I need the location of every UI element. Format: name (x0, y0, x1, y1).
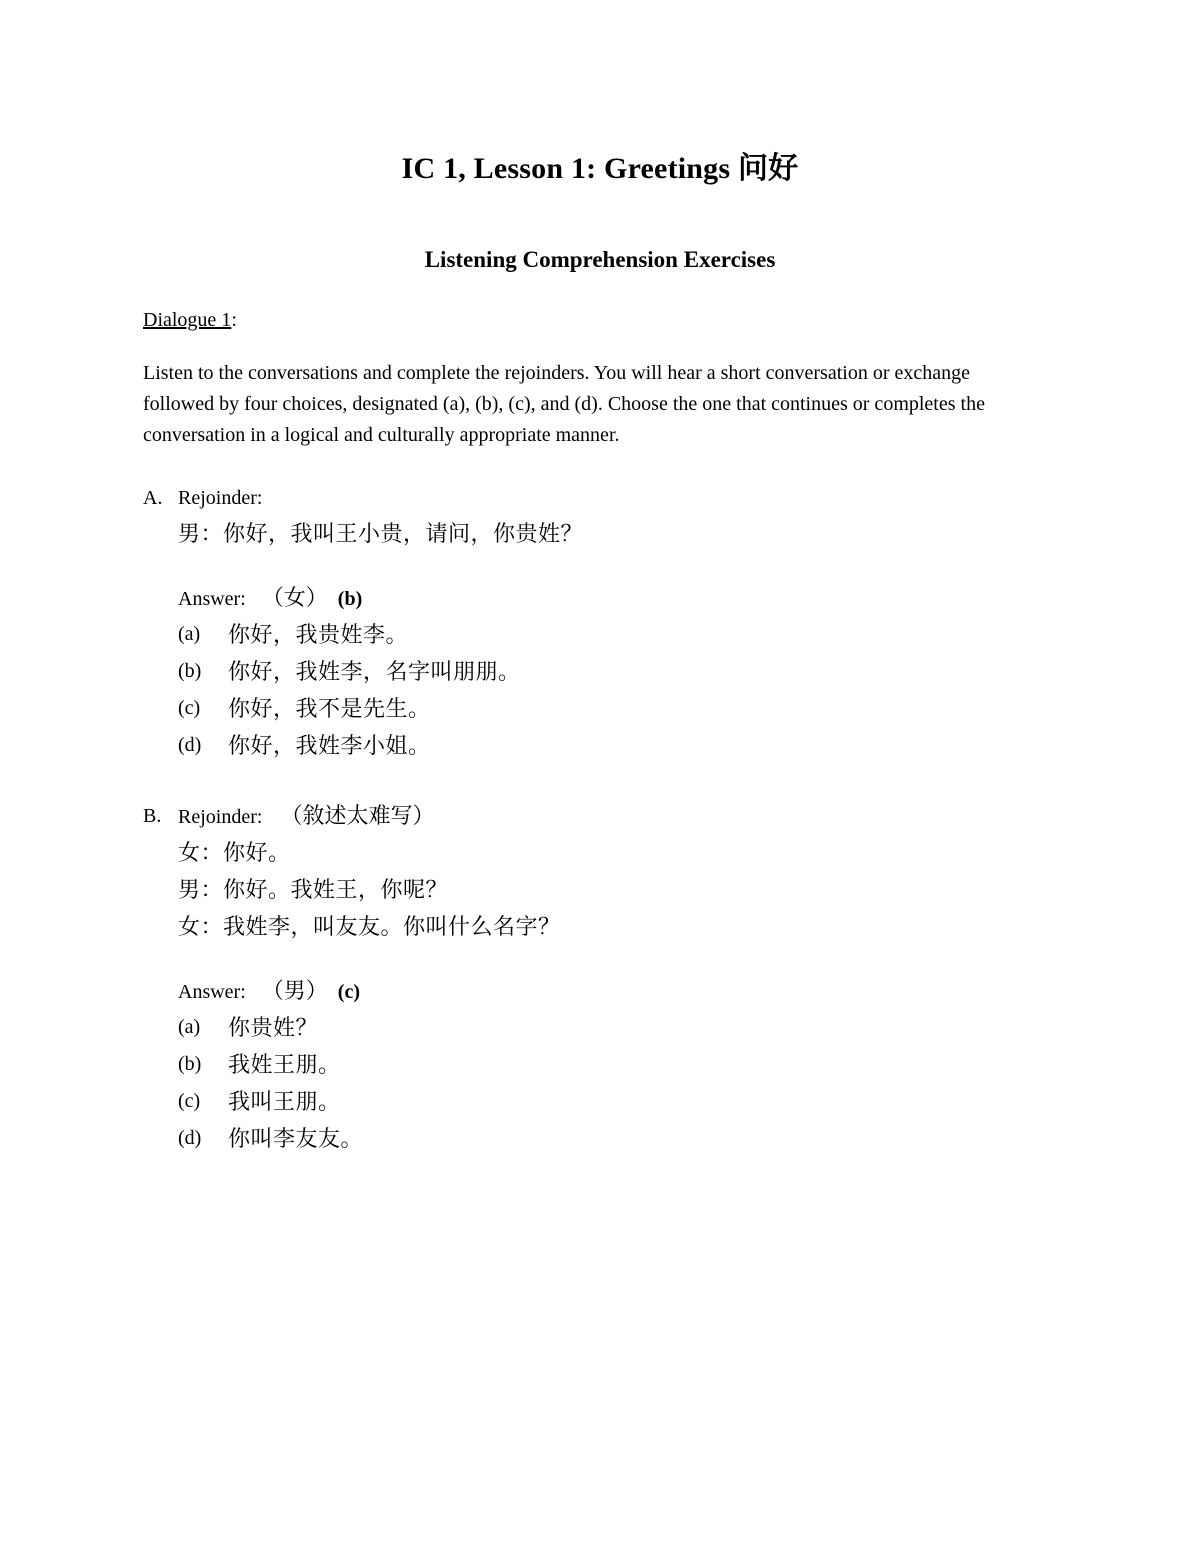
option-letter: (a) (178, 616, 228, 653)
option-letter: (a) (178, 1009, 228, 1046)
option-letter: (b) (178, 653, 228, 690)
section-a-body: Rejoinder: 男：你好，我叫王小贵，请问，你贵姓？ Answer:（女）… (178, 481, 1023, 764)
option-letter: (d) (178, 1120, 228, 1157)
section-a-dialogue-line: 男：你好，我叫王小贵，请问，你贵姓？ (178, 515, 1023, 552)
section-b: B. Rejoinder:（敘述太难写） 女：你好。 男：你好。我姓王，你呢？ … (143, 799, 1023, 1157)
option-letter: (d) (178, 727, 228, 764)
section-a-answer-choice: (b) (338, 588, 362, 610)
option-text: 我叫王朋。 (228, 1083, 341, 1120)
section-a-rejoinder-label: Rejoinder: (178, 487, 262, 509)
section-b-rejoinder-heading: Rejoinder:（敘述太难写） (178, 799, 1023, 834)
option-letter: (b) (178, 1046, 228, 1083)
option-letter: (c) (178, 1083, 228, 1120)
document-page: IC 1, Lesson 1: Greetings 问好 Listening C… (0, 0, 1200, 1553)
dialogue-1-heading-text: Dialogue 1 (143, 309, 231, 331)
section-a-answer-line: Answer:（女）(b) (178, 581, 1023, 616)
section-a-label: A. (143, 481, 178, 764)
section-b-label: B. (143, 799, 178, 1157)
section-b-option-d: (d) 你叫李友友。 (178, 1120, 1023, 1157)
page-title: IC 1, Lesson 1: Greetings 问好 (0, 0, 1200, 187)
option-text: 你好，我姓李小姐。 (228, 727, 431, 764)
document-body: Dialogue 1: Listen to the conversations … (143, 309, 1023, 1157)
section-b-option-b: (b) 我姓王朋。 (178, 1046, 1023, 1083)
section-b-option-c: (c) 我叫王朋。 (178, 1083, 1023, 1120)
section-a-option-a: (a) 你好，我贵姓李。 (178, 616, 1023, 653)
section-a-rejoinder-heading: Rejoinder: (178, 481, 1023, 515)
option-text: 你好，我不是先生。 (228, 690, 431, 727)
section-b-rejoinder-note: （敘述太难写） (280, 803, 434, 828)
section-b-answer-label: Answer: (178, 981, 246, 1003)
section-b-rejoinder-label: Rejoinder: (178, 806, 262, 828)
option-text: 我姓王朋。 (228, 1046, 341, 1083)
section-b-dialogue-line-3: 女：我姓李，叫友友。你叫什么名字？ (178, 908, 1023, 945)
section-b-option-a: (a) 你贵姓？ (178, 1009, 1023, 1046)
option-text: 你叫李友友。 (228, 1120, 363, 1157)
document-header: IC 1, Lesson 1: Greetings 问好 Listening C… (0, 0, 1200, 273)
section-b-answer-choice: (c) (338, 981, 360, 1003)
section-a: A. Rejoinder: 男：你好，我叫王小贵，请问，你贵姓？ Answer:… (143, 481, 1023, 764)
option-text: 你好，我姓李，名字叫朋朋。 (228, 653, 521, 690)
instructions-paragraph: Listen to the conversations and complete… (143, 358, 1023, 451)
dialogue-1-heading: Dialogue 1: (143, 309, 1023, 332)
section-b-answer-line: Answer:（男）(c) (178, 974, 1023, 1009)
option-text: 你贵姓？ (228, 1009, 318, 1046)
section-a-option-d: (d) 你好，我姓李小姐。 (178, 727, 1023, 764)
dialogue-1-heading-colon: : (231, 309, 237, 331)
section-b-answer-speaker: （男） (262, 978, 328, 1003)
section-b-body: Rejoinder:（敘述太难写） 女：你好。 男：你好。我姓王，你呢？ 女：我… (178, 799, 1023, 1157)
section-a-option-c: (c) 你好，我不是先生。 (178, 690, 1023, 727)
section-a-answer-label: Answer: (178, 588, 246, 610)
option-letter: (c) (178, 690, 228, 727)
section-b-dialogue-line-2: 男：你好。我姓王，你呢？ (178, 871, 1023, 908)
page-subtitle: Listening Comprehension Exercises (0, 247, 1200, 273)
section-a-answer-speaker: （女） (262, 585, 328, 610)
section-a-option-b: (b) 你好，我姓李，名字叫朋朋。 (178, 653, 1023, 690)
option-text: 你好，我贵姓李。 (228, 616, 408, 653)
section-b-dialogue-line-1: 女：你好。 (178, 834, 1023, 871)
